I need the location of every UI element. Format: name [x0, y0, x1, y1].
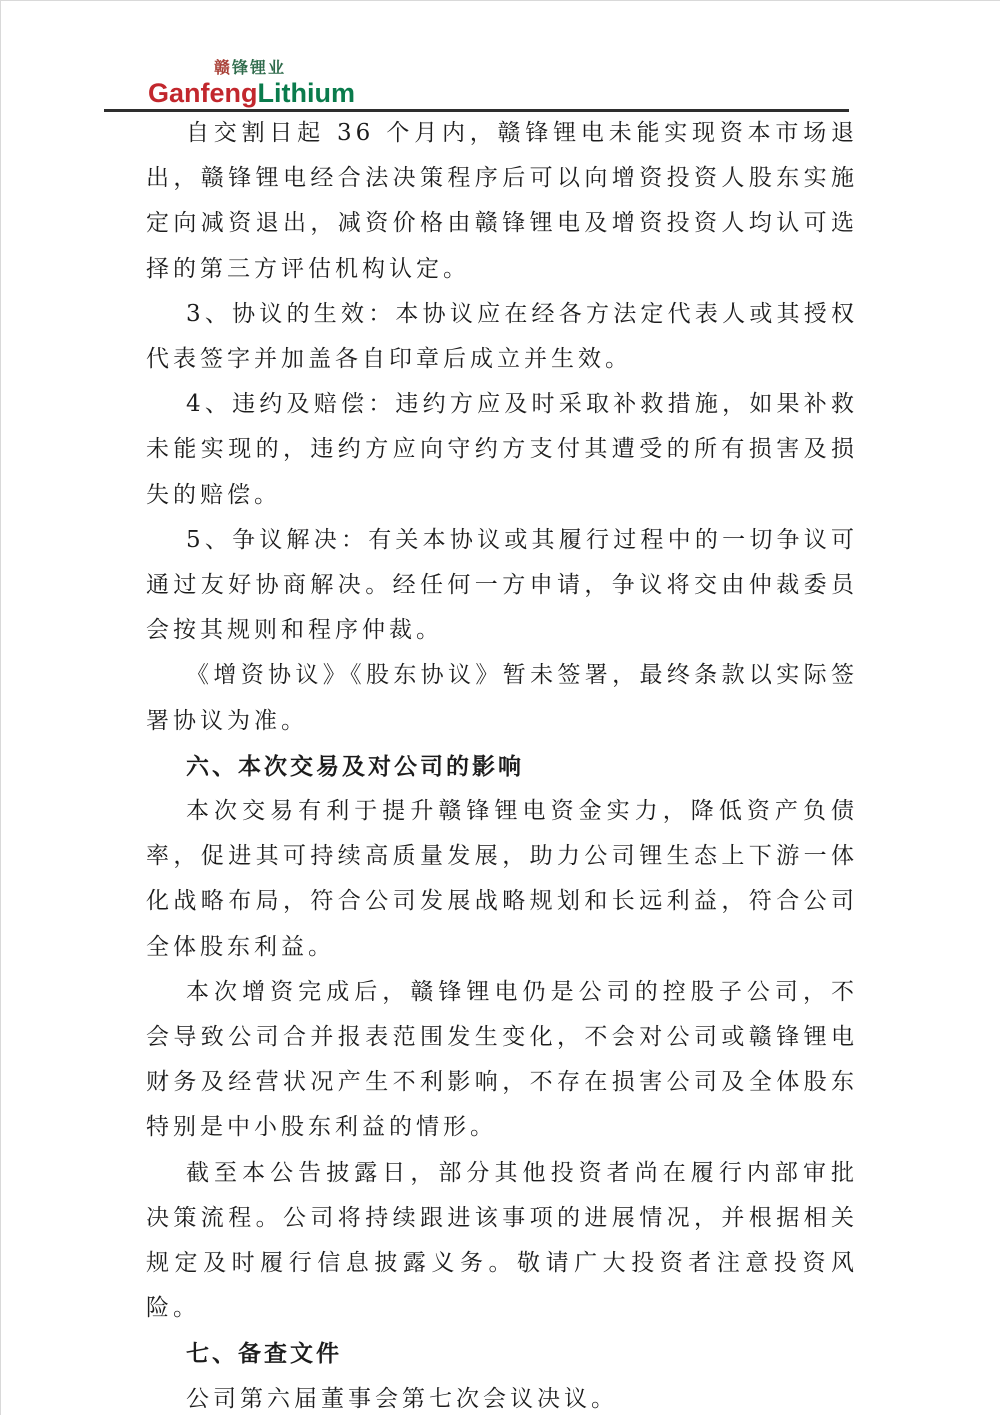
section-heading: 七、备查文件: [146, 1331, 858, 1376]
logo-wordmark-ganfeng: Ganfeng: [148, 78, 258, 108]
logo-chinese-tagline: 赣锋锂业: [214, 59, 448, 79]
document-body: 自交割日起 36 个月内，赣锋锂电未能实现资本市场退出，赣锋锂电经合法决策程序后…: [146, 111, 858, 1415]
company-logo: 赣锋锂业 GanfengLithium: [148, 59, 448, 107]
paragraph: 本次交易有利于提升赣锋锂电资金实力，降低资产负债率，促进其可持续高质量发展，助力…: [146, 789, 858, 970]
logo-wordmark-lithium: Lithium: [258, 78, 355, 108]
section-heading: 六、本次交易及对公司的影响: [146, 744, 858, 789]
document-page: 赣锋锂业 GanfengLithium 自交割日起 36 个月内，赣锋锂电未能实…: [0, 0, 1000, 1415]
paragraph: 4、违约及赔偿：违约方应及时采取补救措施，如果补救未能实现的，违约方应向守约方支…: [146, 382, 858, 518]
paragraph: 5、争议解决：有关本协议或其履行过程中的一切争议可通过友好协商解决。经任何一方申…: [146, 518, 858, 654]
paragraph: 自交割日起 36 个月内，赣锋锂电未能实现资本市场退出，赣锋锂电经合法决策程序后…: [146, 111, 858, 292]
paragraph: 3、协议的生效：本协议应在经各方法定代表人或其授权代表签字并加盖各自印章后成立并…: [146, 292, 858, 382]
paragraph: 本次增资完成后，赣锋锂电仍是公司的控股子公司，不会导致公司合并报表范围发生变化，…: [146, 970, 858, 1151]
paragraph: 公司第六届董事会第七次会议决议。: [146, 1377, 858, 1415]
logo-wordmark: GanfengLithium: [148, 79, 448, 107]
paragraph: 《增资协议》《股东协议》暂未签署，最终条款以实际签署协议为准。: [146, 653, 858, 743]
paragraph: 截至本公告披露日，部分其他投资者尚在履行内部审批决策流程。公司将持续跟进该事项的…: [146, 1151, 858, 1332]
